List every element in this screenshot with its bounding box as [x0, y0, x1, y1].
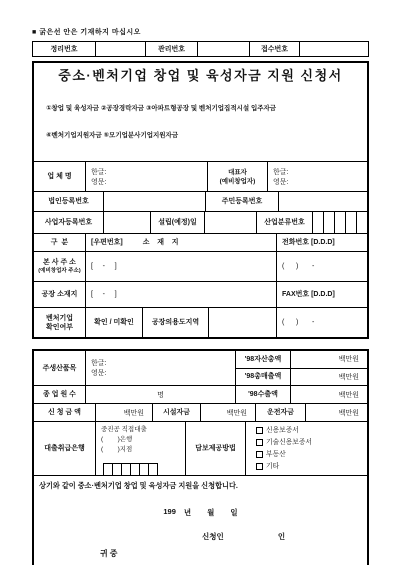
- filing-number-label: 정리번호: [33, 42, 96, 56]
- working-fund-field[interactable]: 백만원: [306, 404, 367, 421]
- main-product-hangul-label: 한글:: [91, 358, 106, 368]
- company-info-table: 중소·벤처기업 창업 및 육성자금 지원 신청서 ①창업 및 육성자금 ②공장경…: [32, 61, 369, 339]
- seal-label[interactable]: 인: [278, 532, 285, 541]
- industry-code-box[interactable]: [313, 212, 323, 233]
- facility-unit-label: 백만원: [227, 408, 247, 418]
- total-sales-label: '98총매출액: [236, 369, 291, 386]
- head-office-phone-field[interactable]: ( ) -: [277, 252, 367, 281]
- representative-english-label: 영문:: [273, 177, 288, 187]
- management-number-field[interactable]: [198, 42, 250, 56]
- finance-info-table: 주생산품목 한글: 영문: '98자산총액 백만원 '98총매출액 백만원: [32, 349, 369, 565]
- resident-reg-field[interactable]: [279, 192, 367, 211]
- head-office-label-line2: (예비창업자 주소): [38, 267, 80, 276]
- application-form-page: ■ 굵은선 안은 기재하지 마십시오 정리번호 관리번호 접수번호 중소·벤처기…: [0, 0, 400, 565]
- main-product-row: 주생산품목 한글: 영문: '98자산총액 백만원 '98총매출액 백만원: [34, 351, 367, 385]
- collateral-option-label: 기타: [266, 461, 279, 472]
- facility-fund-field[interactable]: 백만원: [201, 404, 256, 421]
- date-line: 199 년 월 일: [34, 507, 367, 518]
- venture-label-line2: 확인여부: [46, 323, 73, 332]
- loan-bank-field[interactable]: 중진공 직접대출 ( )은행 ( )지점: [96, 422, 186, 475]
- applicant-line: 신청인 인: [202, 531, 285, 542]
- checkbox-icon[interactable]: [256, 427, 263, 434]
- form-title: 중소·벤처기업 창업 및 육성자금 지원 신청서: [34, 63, 367, 86]
- collateral-option-label: 기술신용보증서: [266, 437, 312, 448]
- requested-amount-field[interactable]: 백만원: [96, 404, 153, 421]
- bank-name-field[interactable]: ( )은행: [101, 435, 132, 445]
- head-office-row: 본 사 주 소 (예비창업자 주소) [ - ] ( ) -: [34, 251, 367, 281]
- fund-type-subtitle: ①창업 및 육성자금 ②공장경락자금 ③아파트형공장 및 벤처기업집적시설 입주…: [34, 86, 367, 161]
- fund-type-lines: ①창업 및 육성자금 ②공장경락자금 ③아파트형공장 및 벤처기업집적시설 입주…: [34, 86, 280, 161]
- venture-phone-field[interactable]: ( ) -: [277, 308, 367, 337]
- bank-code-boxes: [104, 463, 158, 475]
- venture-confirmation-label: 벤처기업 확인여부: [34, 308, 86, 337]
- industry-code-box[interactable]: [323, 212, 334, 233]
- founding-date-label: 설립(예정)일: [151, 212, 205, 233]
- bank-option-direct[interactable]: 중진공 직접대출: [101, 425, 147, 435]
- employees-label: 종 업 원 수: [34, 386, 86, 403]
- asset-sales-subtable: '98자산총액 백만원 '98총매출액 백만원: [236, 351, 367, 385]
- registration-number-row: 법인등록번호 주민등록번호: [34, 191, 367, 211]
- venture-confirmation-row: 벤처기업 확인여부 확인 / 미확인 공장의용도지역 ( ) -: [34, 307, 367, 337]
- corporate-reg-label: 법인등록번호: [34, 192, 104, 211]
- exports-unit-label: 백만원: [339, 390, 359, 400]
- founding-date-field[interactable]: [205, 212, 257, 233]
- collateral-option-label: 부동산: [266, 449, 286, 460]
- main-product-label: 주생산품목: [34, 351, 86, 385]
- fax-number-label: FAX번호 [D.D.D]: [277, 282, 367, 307]
- total-sales-field[interactable]: 백만원: [291, 369, 367, 386]
- business-reg-label: 사업자등록번호: [34, 212, 104, 233]
- postcode-header: [우편번호]: [91, 238, 123, 247]
- form-note-text: 굵은선 안은 기재하지 마십시오: [39, 29, 141, 36]
- signature-area: 199 년 월 일 신청인 인 귀중: [34, 495, 367, 565]
- industry-code-label: 산업분류번호: [257, 212, 313, 233]
- assets-unit-label: 백만원: [339, 354, 359, 364]
- factory-zoning-label: 공장의용도지역: [143, 308, 209, 337]
- factory-address-row: 공장 소재지 [ - ] FAX번호 [D.D.D]: [34, 281, 367, 307]
- head-office-label: 본 사 주 소 (예비창업자 주소): [34, 252, 86, 281]
- phone-column-header: 전화번호 [D.D.D]: [277, 234, 367, 251]
- exports-label: '98수출액: [236, 386, 291, 403]
- bullet-icon: ■: [32, 29, 37, 36]
- date-month-label: 월: [207, 507, 214, 518]
- address-type-label: 구 분: [34, 234, 86, 251]
- employees-row: 종 업 원 수 명 '98수출액 백만원: [34, 385, 367, 403]
- representative-label: 대표자 (예비창업자): [208, 162, 268, 191]
- date-day-label: 일: [230, 507, 237, 518]
- factory-address-field[interactable]: [ - ]: [86, 282, 277, 307]
- reference-number-table: 정리번호 관리번호 접수번호: [32, 41, 369, 57]
- collateral-option-other[interactable]: 기타: [256, 461, 279, 472]
- factory-zoning-field[interactable]: [209, 308, 277, 337]
- collateral-method-label: 담보제공방법: [186, 422, 246, 475]
- exports-field[interactable]: 백만원: [291, 386, 367, 403]
- resident-reg-label: 주민등록번호: [206, 192, 279, 211]
- loan-bank-row: 대출취급은행 중진공 직접대출 ( )은행 ( )지점 담보: [34, 421, 367, 475]
- collateral-option-credit-guarantee[interactable]: 신용보증서: [256, 425, 299, 436]
- receipt-number-field[interactable]: [300, 42, 368, 56]
- employees-unit-label: 명: [157, 390, 164, 400]
- applicant-label: 신청인: [202, 532, 224, 541]
- representative-label-line1: 대표자: [228, 168, 247, 177]
- business-reg-row: 사업자등록번호 설립(예정)일 산업분류번호: [34, 211, 367, 233]
- industry-code-box[interactable]: [356, 212, 367, 233]
- working-fund-label: 운전자금: [256, 404, 306, 421]
- head-office-label-line1: 본 사 주 소: [43, 258, 76, 267]
- asset-subrow: '98자산총액 백만원: [236, 351, 367, 368]
- address-column-header: [우편번호] 소 재 지: [86, 234, 277, 251]
- checkbox-icon[interactable]: [256, 439, 263, 446]
- industry-code-box[interactable]: [345, 212, 356, 233]
- business-reg-field[interactable]: [104, 212, 151, 233]
- receipt-number-label: 접수번호: [250, 42, 300, 56]
- checkbox-icon[interactable]: [256, 463, 263, 470]
- corporate-reg-field[interactable]: [104, 192, 206, 211]
- company-name-label: 업 체 명: [34, 162, 86, 191]
- venture-label-line1: 벤처기업: [46, 314, 73, 323]
- requested-amount-row: 신 청 금 액 백만원 시설자금 백만원 운전자금 백만원: [34, 403, 367, 421]
- working-unit-label: 백만원: [339, 408, 359, 418]
- amount-unit-label: 백만원: [124, 408, 144, 418]
- application-statement: 상기와 같이 중소·벤처기업 창업 및 육성자금 지원을 신청합니다.: [34, 476, 367, 495]
- loan-bank-label: 대출취급은행: [34, 422, 96, 475]
- date-year-label: 년: [184, 507, 191, 518]
- recipient-label: 귀중: [100, 548, 119, 559]
- representative-name-field[interactable]: 한글: 영문:: [268, 162, 367, 191]
- company-name-hangul-label: 한글:: [91, 167, 106, 177]
- fund-type-line2: ④벤처기업지원자금 ⑤모기업분사기업지원자금: [46, 131, 276, 140]
- representative-label-line2: (예비창업자): [220, 177, 256, 186]
- address-header-row: 구 분 [우편번호] 소 재 지 전화번호 [D.D.D]: [34, 233, 367, 251]
- factory-address-label: 공장 소재지: [34, 282, 86, 307]
- industry-code-box[interactable]: [334, 212, 345, 233]
- total-assets-label: '98자산총액: [236, 351, 291, 368]
- main-product-english-label: 영문:: [91, 368, 106, 378]
- company-name-row: 업 체 명 한글: 영문: 대표자 (예비창업자) 한글: 영문:: [34, 161, 367, 191]
- form-note: ■ 굵은선 안은 기재하지 마십시오: [32, 27, 369, 37]
- company-name-english-label: 영문:: [91, 177, 106, 187]
- representative-hangul-label: 한글:: [273, 167, 288, 177]
- address-header: 소 재 지: [143, 238, 179, 247]
- statement-row: 상기와 같이 중소·벤처기업 창업 및 육성자금 지원을 신청합니다.: [34, 475, 367, 495]
- sales-unit-label: 백만원: [339, 372, 359, 382]
- fund-type-line1: ①창업 및 육성자금 ②공장경락자금 ③아파트형공장 및 벤처기업집적시설 입주…: [46, 104, 276, 113]
- collateral-option-label: 신용보증서: [266, 425, 299, 436]
- venture-confirmed-option[interactable]: 확인 / 미확인: [86, 308, 143, 337]
- bank-branch-field[interactable]: ( )지점: [101, 445, 132, 455]
- facility-fund-label: 시설자금: [153, 404, 201, 421]
- collateral-option-real-estate[interactable]: 부동산: [256, 449, 286, 460]
- main-product-field[interactable]: 한글: 영문:: [86, 351, 236, 385]
- industry-code-boxes: [313, 212, 367, 233]
- total-assets-field[interactable]: 백만원: [291, 351, 367, 368]
- employees-field[interactable]: 명: [86, 386, 236, 403]
- bank-code-box[interactable]: [148, 463, 158, 475]
- date-year-prefix[interactable]: 199: [163, 507, 176, 518]
- head-office-address-field[interactable]: [ - ]: [86, 252, 277, 281]
- sales-subrow: '98총매출액 백만원: [236, 368, 367, 386]
- requested-amount-label: 신 청 금 액: [34, 404, 96, 421]
- form-content: ■ 굵은선 안은 기재하지 마십시오 정리번호 관리번호 접수번호 중소·벤처기…: [32, 27, 369, 565]
- filing-number-field[interactable]: [96, 42, 146, 56]
- management-number-label: 관리번호: [146, 42, 198, 56]
- checkbox-icon[interactable]: [256, 451, 263, 458]
- collateral-options: 신용보증서 기술신용보증서 부동산 기타: [246, 422, 367, 475]
- company-name-field[interactable]: 한글: 영문:: [86, 162, 208, 191]
- collateral-option-tech-credit-guarantee[interactable]: 기술신용보증서: [256, 437, 312, 448]
